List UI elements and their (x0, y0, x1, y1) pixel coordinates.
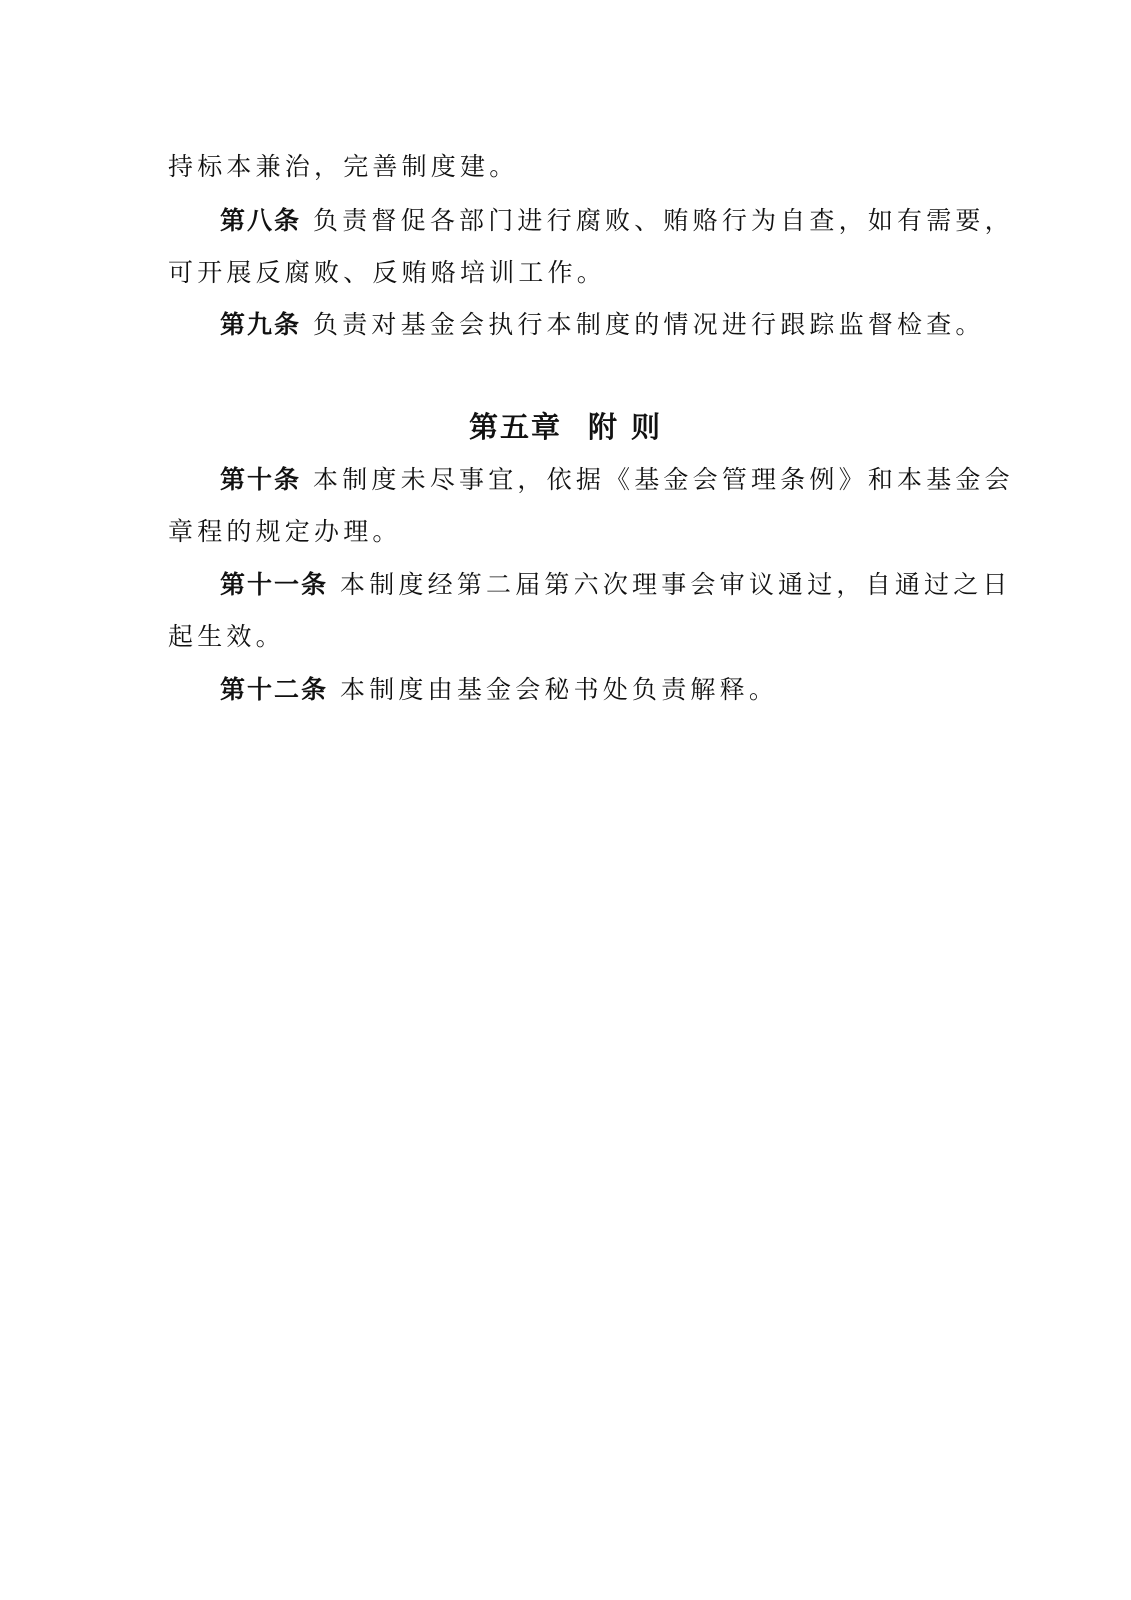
chapter-title: 附 则 (588, 410, 662, 444)
article-12-line-1: 第十二条本制度由基金会秘书处负责解释。 (220, 675, 778, 705)
article-label: 第十二条 (220, 675, 328, 704)
article-8-line-2: 可开展反腐败、反贿赂培训工作。 (168, 258, 606, 288)
article-label: 第十条 (220, 465, 301, 494)
article-11-line-2: 起生效。 (168, 622, 285, 652)
article-9-line-1: 第九条负责对基金会执行本制度的情况进行跟踪监督检查。 (220, 310, 985, 340)
article-text: 负责督促各部门进行腐败、贿赂行为自查，如有需要， (313, 206, 1014, 235)
article-text: 负责对基金会执行本制度的情况进行跟踪监督检查。 (313, 310, 985, 339)
article-label: 第十一条 (220, 570, 328, 599)
article-8-line-1: 第八条负责督促各部门进行腐败、贿赂行为自查，如有需要， (220, 206, 1014, 236)
article-text: 本制度由基金会秘书处负责解释。 (340, 675, 778, 704)
article-text: 本制度经第二届第六次理事会审议通过，自通过之日 (340, 570, 1012, 599)
continuation-line: 持标本兼治，完善制度建。 (168, 152, 518, 182)
article-10-line-2: 章程的规定办理。 (168, 517, 402, 547)
article-text: 本制度未尽事宜，依据《基金会管理条例》和本基金会 (313, 465, 1014, 494)
article-10-line-1: 第十条本制度未尽事宜，依据《基金会管理条例》和本基金会 (220, 465, 1014, 495)
document-page: 持标本兼治，完善制度建。 第八条负责督促各部门进行腐败、贿赂行为自查，如有需要，… (0, 0, 1131, 1600)
chapter-number: 第五章 (469, 410, 562, 444)
chapter-heading: 第五章附 则 (0, 410, 1131, 444)
article-label: 第九条 (220, 310, 301, 339)
article-label: 第八条 (220, 206, 301, 235)
article-11-line-1: 第十一条本制度经第二届第六次理事会审议通过，自通过之日 (220, 570, 1012, 600)
